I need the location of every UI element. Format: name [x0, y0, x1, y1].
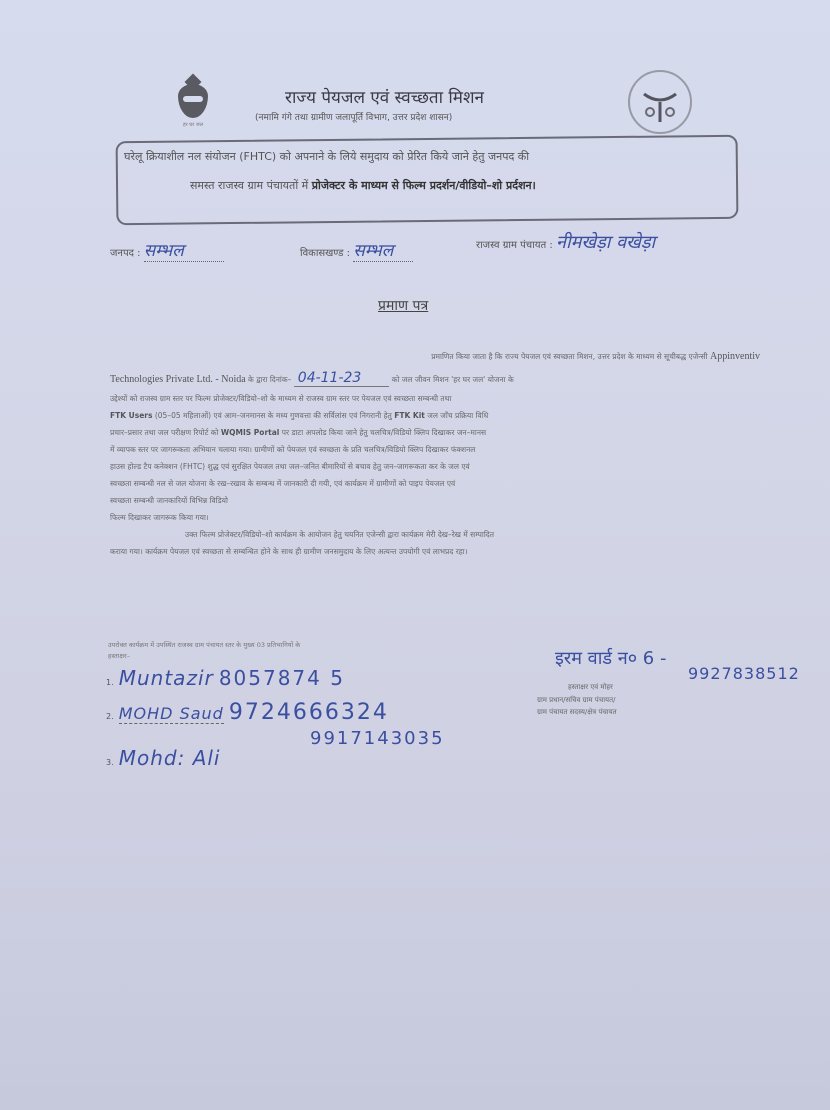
participant-name: MOHD Saud	[119, 704, 224, 724]
para-line-4: FTK Users (05–05 महिलाओं) एवं आम–जनमानस …	[110, 407, 760, 424]
para-text: जल जाँच प्रक्रिया विधि	[427, 411, 488, 420]
program-date: 04-11-23	[294, 370, 390, 387]
para-line-7: हाउस होल्ड टैप कनेक्शन (FHTC) शुद्ध एवं …	[110, 458, 760, 475]
participant-2: 2. MOHD Saud 9724666324	[106, 700, 389, 725]
participant-number: 2.	[106, 712, 114, 721]
janpad-value: सम्भल	[144, 241, 224, 262]
notice-line-1: घरेलू क्रियाशील नल संयोजन (FHTC) को अपना…	[124, 149, 734, 164]
participants-note-line-2: हस्ताक्षर–	[108, 651, 478, 662]
para-text: पर डाटा अपलोड किया जाने हेतु चलचित्र/विड…	[282, 428, 486, 437]
participant-phone: 9724666324	[229, 700, 389, 725]
gram-panchayat-value: नीमखेड़ा वखेड़ा	[556, 232, 655, 253]
para-text: प्रचार–प्रसार तथा जल परीक्षण रिपोर्ट को	[110, 428, 218, 437]
para-text: के द्वारा दिनांक–	[248, 375, 291, 384]
ftk-kit: FTK Kit	[394, 411, 425, 420]
para2-line-1: उक्त फिल्म प्रोजेक्टर/विडियो–शो कार्यक्र…	[110, 526, 775, 543]
vikaskhand-label: विकासखण्ड :	[300, 248, 350, 259]
certificate-heading: प्रमाण पत्र	[378, 296, 428, 315]
sign-and-seal-label: हस्ताक्षर एवं मोहर	[568, 683, 613, 692]
water-drop-logo-icon	[178, 84, 208, 118]
participants-note-line-1: उपरोक्त कार्यक्रम में उपस्थित राजस्व ग्र…	[108, 640, 478, 651]
participant-number: 1.	[106, 678, 114, 687]
agency-name-1: Appinventiv	[710, 351, 760, 362]
logo-caption: हर घर जल	[170, 122, 216, 128]
ftk-users: FTK Users	[110, 411, 152, 420]
participant-3-phone: 9917143035	[310, 728, 445, 749]
vikaskhand-field: विकासखण्ड : सम्भल	[300, 238, 413, 261]
janpad-field: जनपद : सम्भल	[110, 238, 224, 261]
para-line-1: प्रमाणित किया जाता है कि राज्य पेयजल एवं…	[110, 348, 760, 365]
para-text: को जल जीवन मिशन 'हर घर जल' योजना के	[392, 375, 514, 384]
participant-name: Muntazir	[119, 666, 214, 690]
notice-line-2: समस्त राजस्व ग्राम पंचायतों में प्रोजेक्…	[190, 178, 750, 193]
gram-panchayat-field: राजस्व ग्राम पंचायत : नीमखेड़ा वखेड़ा	[476, 230, 655, 254]
para2-line-2: कराया गया। कार्यक्रम पेयजल एवं स्वच्छता …	[110, 543, 760, 560]
participant-number: 3.	[106, 758, 114, 767]
para-line-8: स्वच्छता सम्बन्धी नल से जल योजना के रख–र…	[110, 475, 760, 492]
notice-line-2-plain: समस्त राजस्व ग्राम पंचायतों में	[190, 179, 312, 192]
agency-name-2: Technologies Private Ltd. - Noida	[110, 374, 246, 385]
para-line-5: प्रचार–प्रसार तथा जल परीक्षण रिपोर्ट को …	[110, 424, 760, 441]
signatory-role-line-2: ग्राम पंचायत सदस्य/क्षेत्र पंचायत	[537, 708, 617, 717]
janpad-label: जनपद :	[110, 248, 141, 259]
para-line-6: में व्यापक स्तर पर जागरूकता अभियान चलाया…	[110, 441, 760, 458]
para-line-3: उद्देश्यों को राजस्व ग्राम स्तर पर फिल्म…	[110, 390, 760, 407]
mission-title: राज्य पेयजल एवं स्वच्छता मिशन	[285, 85, 484, 108]
up-government-emblem-icon	[628, 70, 692, 134]
para-line-2: Technologies Private Ltd. - Noida के द्व…	[110, 370, 760, 388]
para-line-9: स्वच्छता सम्बन्धी जानकारियों विभिन्न विड…	[110, 492, 760, 509]
participant-phone: 9917143035	[310, 728, 445, 749]
signatory-ward: इरम वार्ड न० 6 -	[555, 646, 666, 670]
participants-note: उपरोक्त कार्यक्रम में उपस्थित राजस्व ग्र…	[108, 640, 478, 662]
gram-panchayat-label: राजस्व ग्राम पंचायत :	[476, 240, 553, 251]
signatory-phone: 9927838512	[688, 664, 800, 683]
signatory-role-line-1: ग्राम प्रधान/सचिव ग्राम पंचायत/	[537, 696, 615, 705]
para-text: प्रमाणित किया जाता है कि राज्य पेयजल एवं…	[431, 352, 707, 361]
wqmis-portal: WQMIS Portal	[221, 428, 279, 437]
participant-phone: 8057874 5	[219, 666, 345, 690]
participant-name: Mohd: Ali	[119, 746, 221, 770]
vikaskhand-value: सम्भल	[353, 241, 413, 262]
para-line-10: फिल्म दिखाकर जागरूक किया गया।	[110, 509, 760, 526]
participant-3: 3. Mohd: Ali	[106, 746, 221, 770]
participant-1: 1. Muntazir 8057874 5	[106, 666, 345, 690]
jal-jeevan-logo: हर घर जल	[168, 82, 218, 142]
department-subtitle: (नमामि गंगे तथा ग्रामीण जलापूर्ति विभाग,…	[255, 110, 452, 123]
para-text: (05–05 महिलाओं) एवं आम–जनमानस के मध्य गु…	[155, 411, 392, 420]
notice-line-2-bold: प्रोजेक्टर के माध्यम से फिल्म प्रदर्शन/व…	[312, 179, 536, 192]
